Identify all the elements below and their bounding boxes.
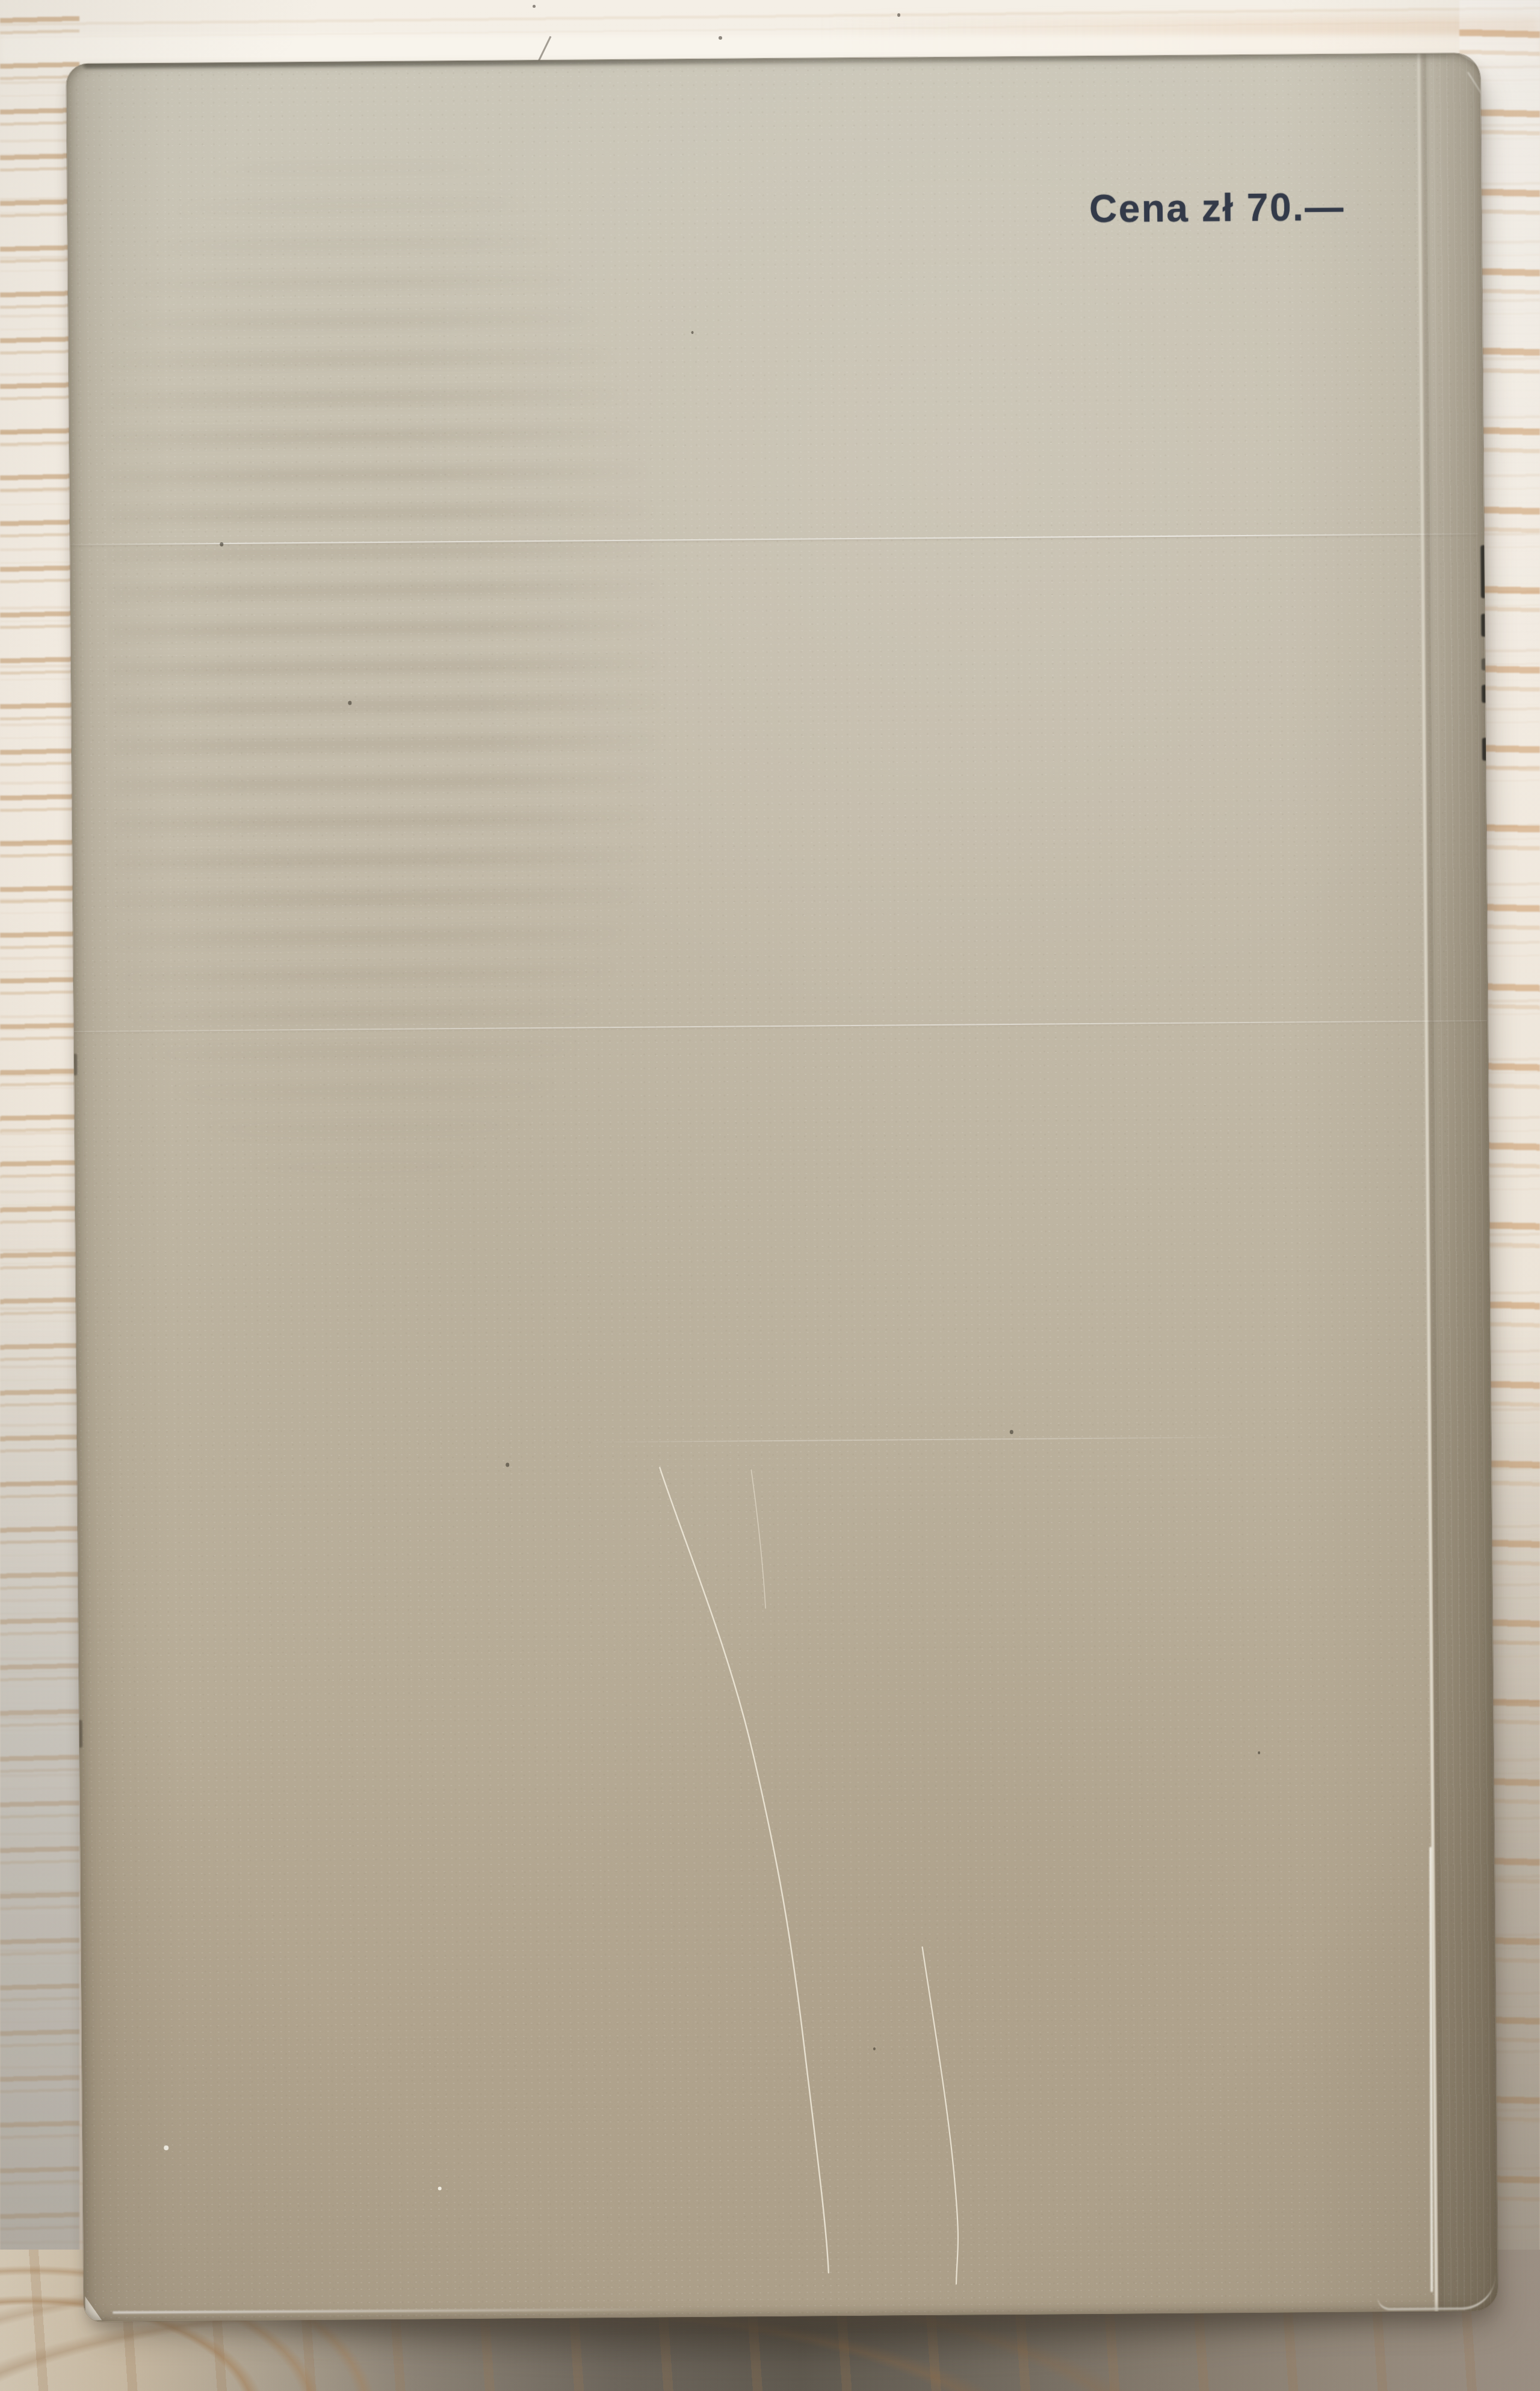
price-label: Cena zł 70.— [1089, 188, 1345, 228]
photo-scene: Cena zł 70.— [0, 0, 1540, 2391]
wood-speck [897, 13, 900, 17]
wood-grain-left [0, 0, 79, 2391]
bottom-edge-worn-line [113, 2308, 690, 2313]
cover-speck [348, 701, 351, 705]
book-back-cover: Cena zł 70.— [66, 53, 1498, 2322]
wood-speck [719, 36, 722, 40]
cover-speck [691, 331, 693, 334]
cover-speck [1258, 1751, 1260, 1754]
cover-white-speck [438, 2186, 442, 2190]
cover-white-speck [164, 2145, 169, 2150]
bottom-left-corner-chip [85, 2293, 107, 2321]
cover-speck [1010, 1430, 1013, 1434]
cover-speck [873, 2047, 876, 2050]
bottom-right-worn-edge [1378, 2275, 1495, 2311]
cover-speck [220, 542, 223, 546]
ink-showthrough-rows [102, 155, 745, 1474]
cover-speck [506, 1462, 509, 1467]
wood-speck [533, 5, 536, 8]
